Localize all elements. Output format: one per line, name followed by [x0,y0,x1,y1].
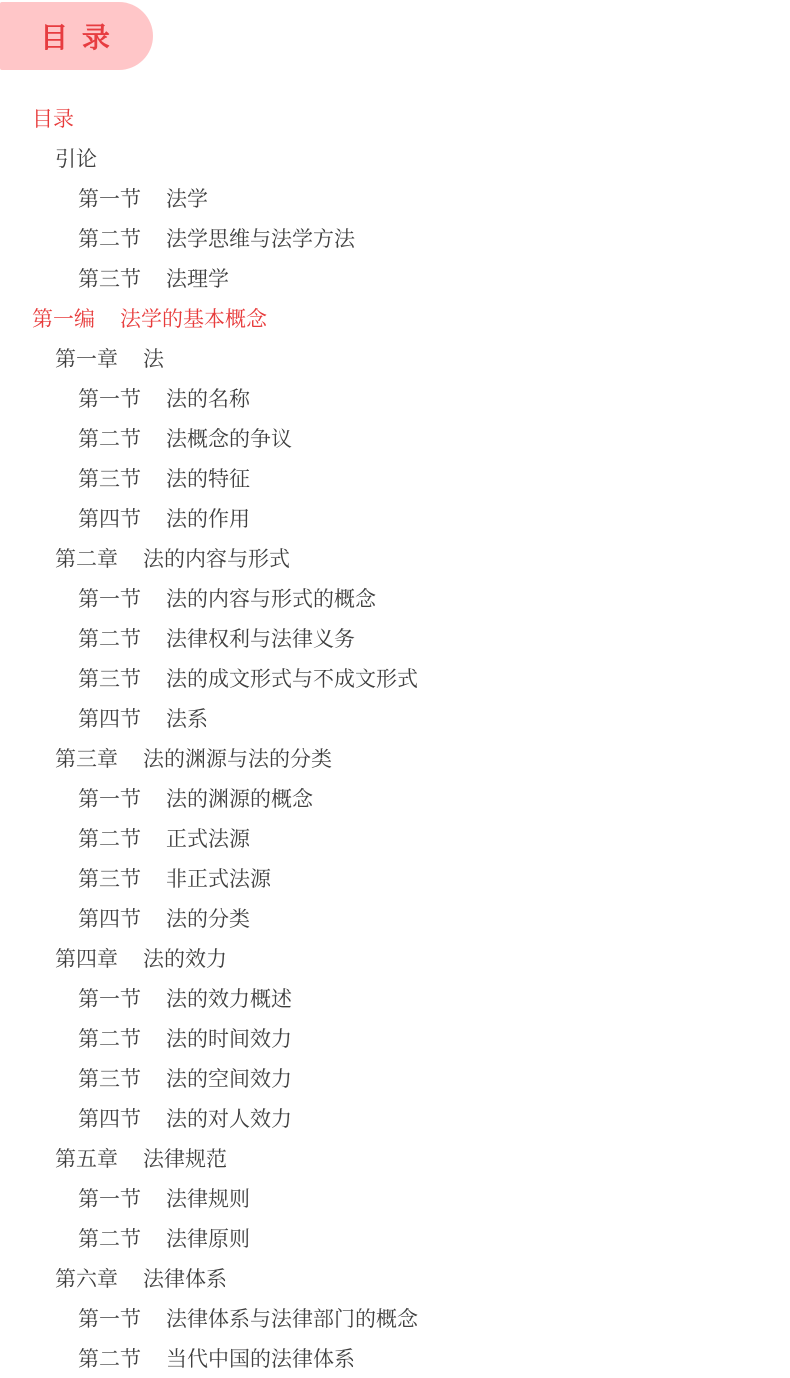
toc-entry-title: 法 [143,343,164,373]
toc-entry-label: 第六章 [55,1263,118,1293]
toc-entry-title: 正式法源 [166,823,250,853]
toc-entry-label: 第三章 [55,743,118,773]
toc-entry-title: 法的效力概述 [166,983,292,1013]
page-title-badge: 目 录 [0,2,153,70]
toc-entry[interactable]: 第四节 法的对人效力 [0,1098,790,1138]
toc-entry-title: 法概念的争议 [166,423,292,453]
toc-entry-label: 第三节 [78,863,141,893]
toc-entry[interactable]: 第二章 法的内容与形式 [0,538,790,578]
toc-entry[interactable]: 第六章 法律体系 [0,1258,790,1298]
toc-entry[interactable]: 第一节 法学 [0,178,790,218]
toc-entry-title: 法理学 [166,263,229,293]
toc-entry[interactable]: 第二节 正式法源 [0,818,790,858]
toc-entry[interactable]: 第一节 法律体系与法律部门的概念 [0,1298,790,1338]
toc-entry[interactable]: 第一编 法学的基本概念 [0,298,790,338]
toc-entry[interactable]: 第四章 法的效力 [0,938,790,978]
toc-entry[interactable]: 第一节 法的渊源的概念 [0,778,790,818]
toc-entry-label: 第一节 [78,383,141,413]
toc-entry-title: 法律权利与法律义务 [166,623,355,653]
toc-entry-title: 法学思维与法学方法 [166,223,355,253]
toc-entry[interactable]: 第四节 法系 [0,698,790,738]
toc-entry[interactable]: 第二节 法概念的争议 [0,418,790,458]
toc-entry-title: 法学的基本概念 [120,303,267,333]
toc-entry[interactable]: 第二节 当代中国的法律体系 [0,1338,790,1378]
toc-entry-label: 第四节 [78,1103,141,1133]
toc-entry-title: 非正式法源 [166,863,271,893]
toc-entry[interactable]: 第一章 法 [0,338,790,378]
toc-entry-label: 引论 [55,143,97,173]
toc-entry-title: 法的效力 [143,943,227,973]
toc-entry[interactable]: 第三节 法理学 [0,258,790,298]
toc-entry[interactable]: 第二节 法的时间效力 [0,1018,790,1058]
toc-entry[interactable]: 第三节 法的特征 [0,458,790,498]
toc-entry-title: 法的作用 [166,503,250,533]
toc-entry-title: 法律体系 [143,1263,227,1293]
toc-entry-label: 第三节 [78,463,141,493]
toc-entry-label: 第一节 [78,183,141,213]
toc-entry-title: 法的分类 [166,903,250,933]
toc-entry[interactable]: 第一节 法的效力概述 [0,978,790,1018]
toc-entry-label: 第二节 [78,823,141,853]
toc-entry-label: 第一节 [78,1303,141,1333]
toc-entry-title: 法的内容与形式的概念 [166,583,376,613]
toc-entry-label: 第四章 [55,943,118,973]
page-title: 目 录 [40,16,113,56]
toc-entry-label: 第五章 [55,1143,118,1173]
toc-entry-label: 第一节 [78,983,141,1013]
toc-entry-title: 法律规则 [166,1183,250,1213]
toc-entry-label: 第二节 [78,623,141,653]
toc-entry[interactable]: 第五章 法律规范 [0,1138,790,1178]
toc-entry-title: 法的名称 [166,383,250,413]
toc-entry-label: 目录 [32,103,74,133]
toc-entry-title: 法的内容与形式 [143,543,290,573]
toc-entry-title: 法的渊源的概念 [166,783,313,813]
toc-entry[interactable]: 第四节 法的作用 [0,498,790,538]
toc-entry-title: 法律原则 [166,1223,250,1253]
toc-entry-label: 第一编 [32,303,95,333]
toc-entry-title: 法学 [166,183,208,213]
toc-entry[interactable]: 第四节 法的分类 [0,898,790,938]
toc-entry-title: 法的特征 [166,463,250,493]
toc-entry-label: 第四节 [78,903,141,933]
toc-entry[interactable]: 第二节 法律权利与法律义务 [0,618,790,658]
toc-entry-title: 法律规范 [143,1143,227,1173]
toc-entry-label: 第三节 [78,663,141,693]
toc-entry-title: 法的成文形式与不成文形式 [166,663,418,693]
toc-entry[interactable]: 目录 [0,98,790,138]
toc-entry-title: 法的渊源与法的分类 [143,743,332,773]
toc-list: 目录 引论 第一节 法学 第二节 法学思维与法学方法 第三节 法理学 第一编 法… [0,98,790,1378]
toc-entry-label: 第四节 [78,703,141,733]
toc-entry[interactable]: 第一节 法的名称 [0,378,790,418]
toc-entry-label: 第二节 [78,1343,141,1373]
toc-entry-label: 第三节 [78,1063,141,1093]
toc-entry-title: 法系 [166,703,208,733]
toc-entry-title: 法的时间效力 [166,1023,292,1053]
toc-entry[interactable]: 第三节 非正式法源 [0,858,790,898]
toc-entry[interactable]: 第一节 法的内容与形式的概念 [0,578,790,618]
toc-entry[interactable]: 引论 [0,138,790,178]
toc-entry-title: 法的空间效力 [166,1063,292,1093]
toc-entry-title: 当代中国的法律体系 [166,1343,355,1373]
toc-entry-label: 第一节 [78,783,141,813]
toc-entry[interactable]: 第三章 法的渊源与法的分类 [0,738,790,778]
toc-entry-label: 第一节 [78,583,141,613]
toc-entry-label: 第二节 [78,1023,141,1053]
toc-entry-label: 第四节 [78,503,141,533]
toc-entry[interactable]: 第三节 法的成文形式与不成文形式 [0,658,790,698]
toc-entry-title: 法律体系与法律部门的概念 [166,1303,418,1333]
toc-entry-label: 第二章 [55,543,118,573]
toc-entry-label: 第二节 [78,1223,141,1253]
toc-entry-label: 第二节 [78,423,141,453]
toc-entry-label: 第三节 [78,263,141,293]
toc-entry[interactable]: 第三节 法的空间效力 [0,1058,790,1098]
toc-entry[interactable]: 第二节 法学思维与法学方法 [0,218,790,258]
toc-entry-label: 第一章 [55,343,118,373]
toc-entry-label: 第二节 [78,223,141,253]
toc-entry[interactable]: 第二节 法律原则 [0,1218,790,1258]
toc-entry-label: 第一节 [78,1183,141,1213]
toc-entry[interactable]: 第一节 法律规则 [0,1178,790,1218]
toc-entry-title: 法的对人效力 [166,1103,292,1133]
